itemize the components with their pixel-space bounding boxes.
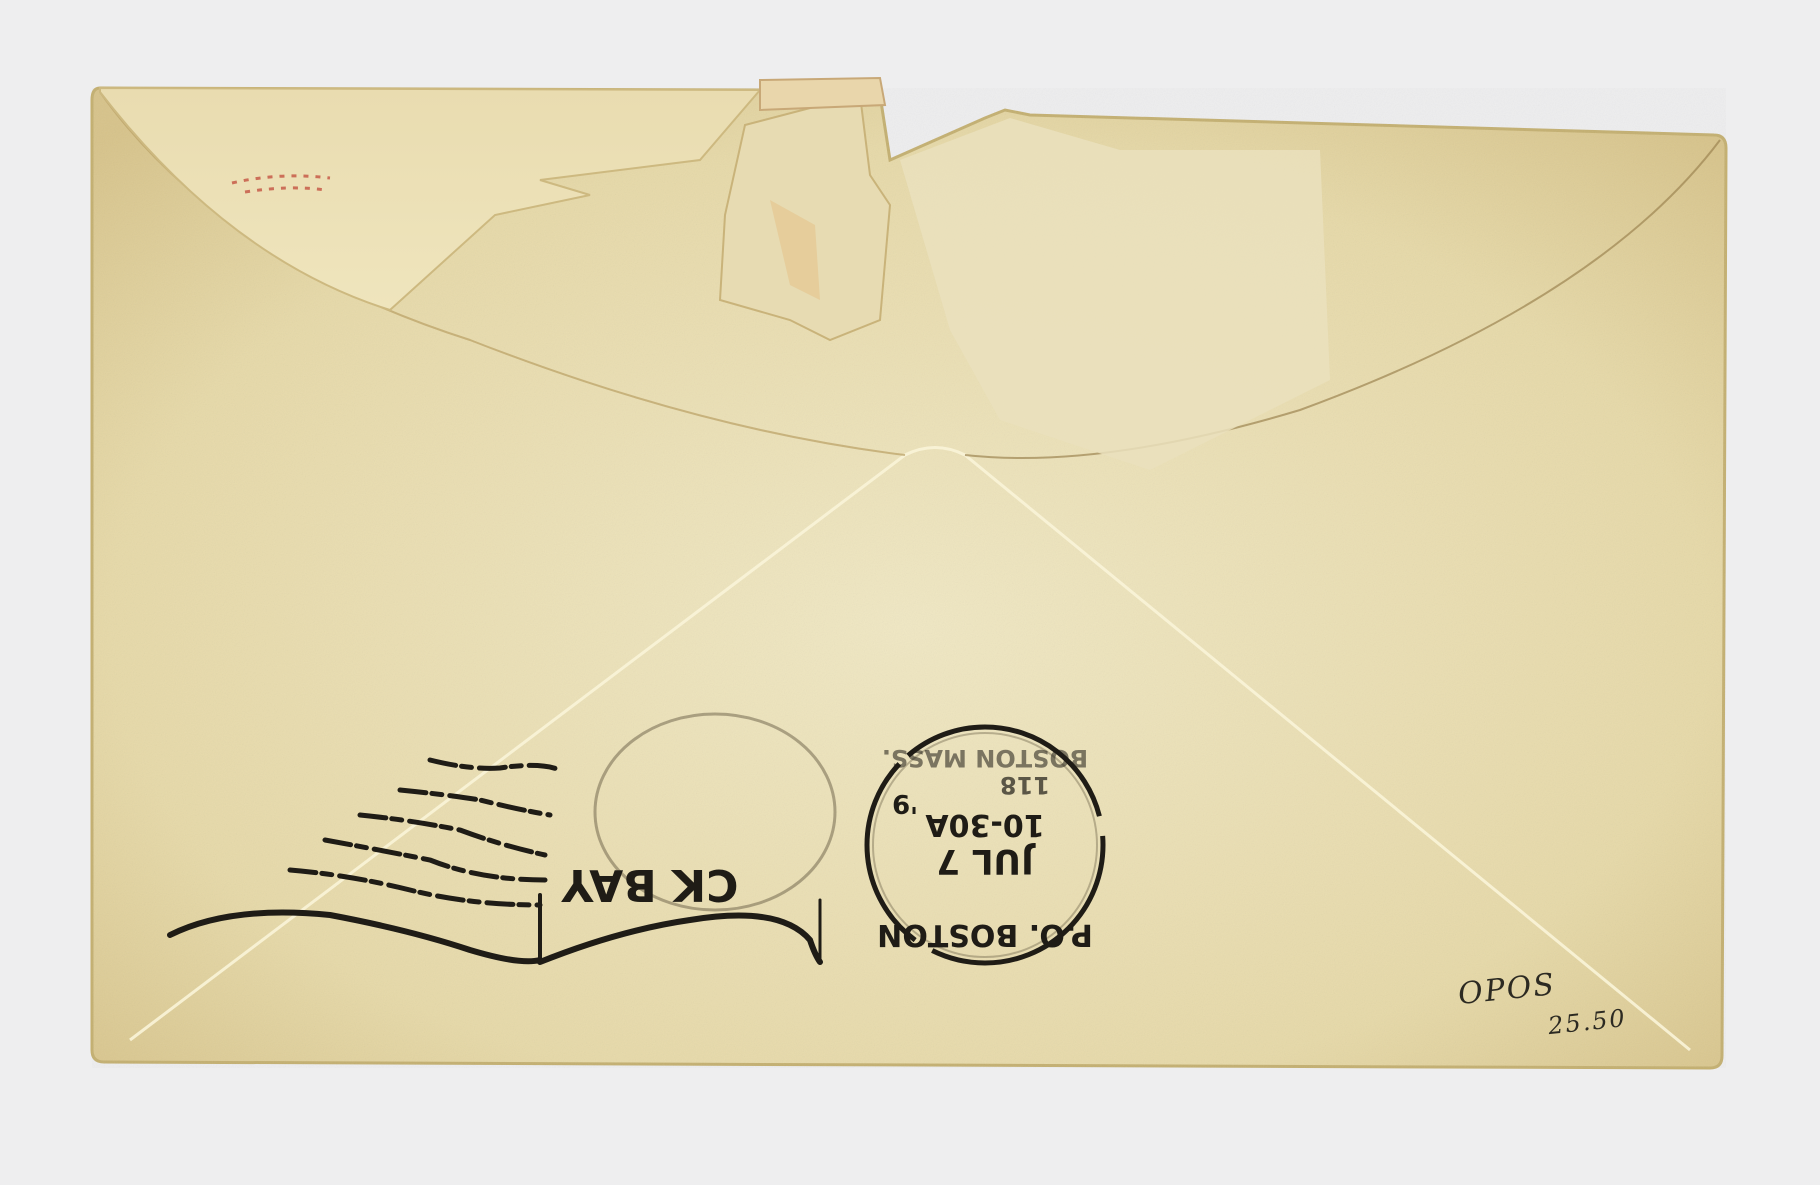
cds-code: 118 (1000, 771, 1050, 799)
flag-cancel-text: CK BAY (560, 859, 738, 910)
cds-year: '9 (892, 788, 918, 818)
cds-time: 10-30A (925, 807, 1045, 842)
envelope-photo: CK BAY JUL 7 10-30A 118 BOSTON MASS. P.O… (0, 0, 1820, 1185)
cds-station: P.O. BOSTON (877, 917, 1093, 952)
envelope: CK BAY JUL 7 10-30A 118 BOSTON MASS. P.O… (0, 0, 1820, 1185)
cds-city: BOSTON MASS. (882, 744, 1088, 772)
cds-date: JUL 7 (936, 841, 1035, 881)
